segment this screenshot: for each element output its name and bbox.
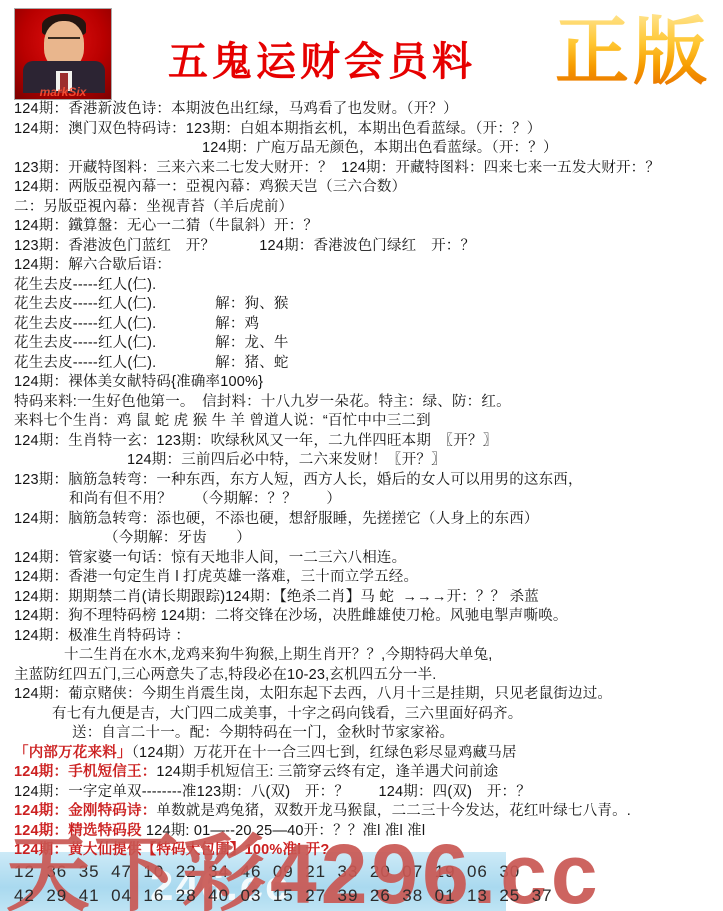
photo-caption: markSix xyxy=(15,85,111,99)
text-line: 124期：两版亞視內幕一：亞視內幕：鸡猴天岂（三六合数） xyxy=(14,178,719,198)
text-line: 123期：香港波色门蓝红 开？ 124期：香港波色门绿红 开：？ xyxy=(14,237,719,257)
text-line: 花生去皮-----红人(仁). 解：狗、猴 xyxy=(14,295,719,315)
text-line: 和尚有但不用？ （今期解：？？ ） xyxy=(14,490,719,510)
text-line: 124期：解六合歇后语： xyxy=(14,256,719,276)
text-line: 123期：开藏特图料：三来六来二七发大财开：？ 124期：开藏特图料：四来七来一… xyxy=(14,159,719,179)
text-line: 124期：澳门双色特码诗：123期：白姐本期指玄机，本期出色看蓝绿。（开：？） xyxy=(14,120,719,140)
text-line: 124期：极准生肖特码诗 ： xyxy=(14,627,719,647)
text-line: 花生去皮-----红人(仁). 解：龙、牛 xyxy=(14,334,719,354)
text-line: 124期：手机短信王：124期手机短信王: 三箭穿云终有定，逢羊遇犬问前途 xyxy=(14,763,719,783)
text-line: 124期：期期禁二肖(请长期跟踪)124期：【绝杀二肖】马 蛇 →→→开：？？ … xyxy=(14,588,719,608)
text-line: 124期：一字定单双--------准123期：八(双) 开：？ 124期：四(… xyxy=(14,783,719,803)
page-title: 五鬼运财会员料 xyxy=(168,30,518,87)
page-header: markSix 五鬼运财会员料 正版 xyxy=(0,0,723,100)
text-line: 有七有九便是吉，大门四二成美事，十字之码向钱看，三六里面好码齐。 xyxy=(14,705,719,725)
portrait-photo: markSix xyxy=(14,8,112,100)
lottery-tips-page: { "header": { "title": "五鬼运财会员料", "badge… xyxy=(0,0,723,911)
text-line: 花生去皮-----红人(仁). 解：鸡 xyxy=(14,315,719,335)
text-line: （今期解：牙齿 ） xyxy=(14,529,719,549)
text-line: 124期：香港新波色诗：本期波色出红绿，马鸡看了也发财。（开？） xyxy=(14,100,719,120)
text-line: 124期：香港一句定生肖 l 打虎英雄一落难，三十而立学五经。 xyxy=(14,568,719,588)
text-line: 送：自言二十一。配：今期特码在一门，金秋时节家家裕。 xyxy=(14,724,719,744)
text-line: 特码来料:一生好色他第一。 信封料：十八九岁一朵花。特主：绿、防：红。 xyxy=(14,393,719,413)
text-line: 123期：脑筋急转弯：一种东西，东方人短，西方人长，婚后的女人可以用男的这东西， xyxy=(14,471,719,491)
text-line: 花生去皮-----红人(仁). xyxy=(14,276,719,296)
text-line: 124期：狗不理特码榜 124期：二将交锋在沙场，决胜雌雄使刀枪。风驰电掣声嘶唤… xyxy=(14,607,719,627)
text-line: 124期：生肖特一玄：123期：吹绿秋风又一年，二九伴四旺本期 〖开？〗 xyxy=(14,432,719,452)
text-line: 124期：脑筋急转弯：添也硬，不添也硬，想舒服睡，先搓搓它（人身上的东西） xyxy=(14,510,719,530)
text-line: 124期：管家婆一句话：惊有天地非人间，一二三六八相连。 xyxy=(14,549,719,569)
numbers-row-2: 42 29 41 04 16 28 40 03 15 27 39 26 38 0… xyxy=(14,886,553,906)
text-line: 花生去皮-----红人(仁). 解：猪、蛇 xyxy=(14,354,719,374)
text-line: 来料七个生肖：鸡 鼠 蛇 虎 猴 牛 羊 曾道人说：“百忙中中三二到 xyxy=(14,412,719,432)
text-line: 十二生肖在水木,龙鸡来狗牛狗猴,上期生肖开？？,今期特码大单兔, xyxy=(14,646,719,666)
text-line: 二：另版亞視內幕：坐视青苔（羊后虎前） xyxy=(14,198,719,218)
text-line: 主蓝防红四五门,三心两意失了志,特段必在10-23,玄机四五分一半. xyxy=(14,666,719,686)
text-line: 124期：葡京赌侠：今期生肖震生岗，太阳东起下去西，八月十三是挂期，只见老鼠街边… xyxy=(14,685,719,705)
tips-text-block: 124期：香港新波色诗：本期波色出红绿，马鸡看了也发财。（开？）124期：澳门双… xyxy=(14,100,719,861)
text-line: 「内部万花来料」（124期）万花开在十一合三四七到，红绿色彩尽显鸡藏马居 xyxy=(14,744,719,764)
text-line: 124期：裸体美女献特码{准确率100%} xyxy=(14,373,719,393)
text-line: 124期：三前四后必中特，二六来发财！〖开？〗 xyxy=(14,451,719,471)
text-line: 124期：鐵算盤：无心一二猜（牛鼠斜）开：？ xyxy=(14,217,719,237)
genuine-badge: 正版 xyxy=(555,14,711,92)
text-line: 124期：金刚特码诗：单数就是鸡兔猪，双数开龙马猴鼠，二二三十今发达，花红叶绿七… xyxy=(14,802,719,822)
portrait-glasses xyxy=(48,37,80,47)
text-line: 124期：广庖万品无颜色，本期出色看蓝绿。（开：？） xyxy=(14,139,719,159)
